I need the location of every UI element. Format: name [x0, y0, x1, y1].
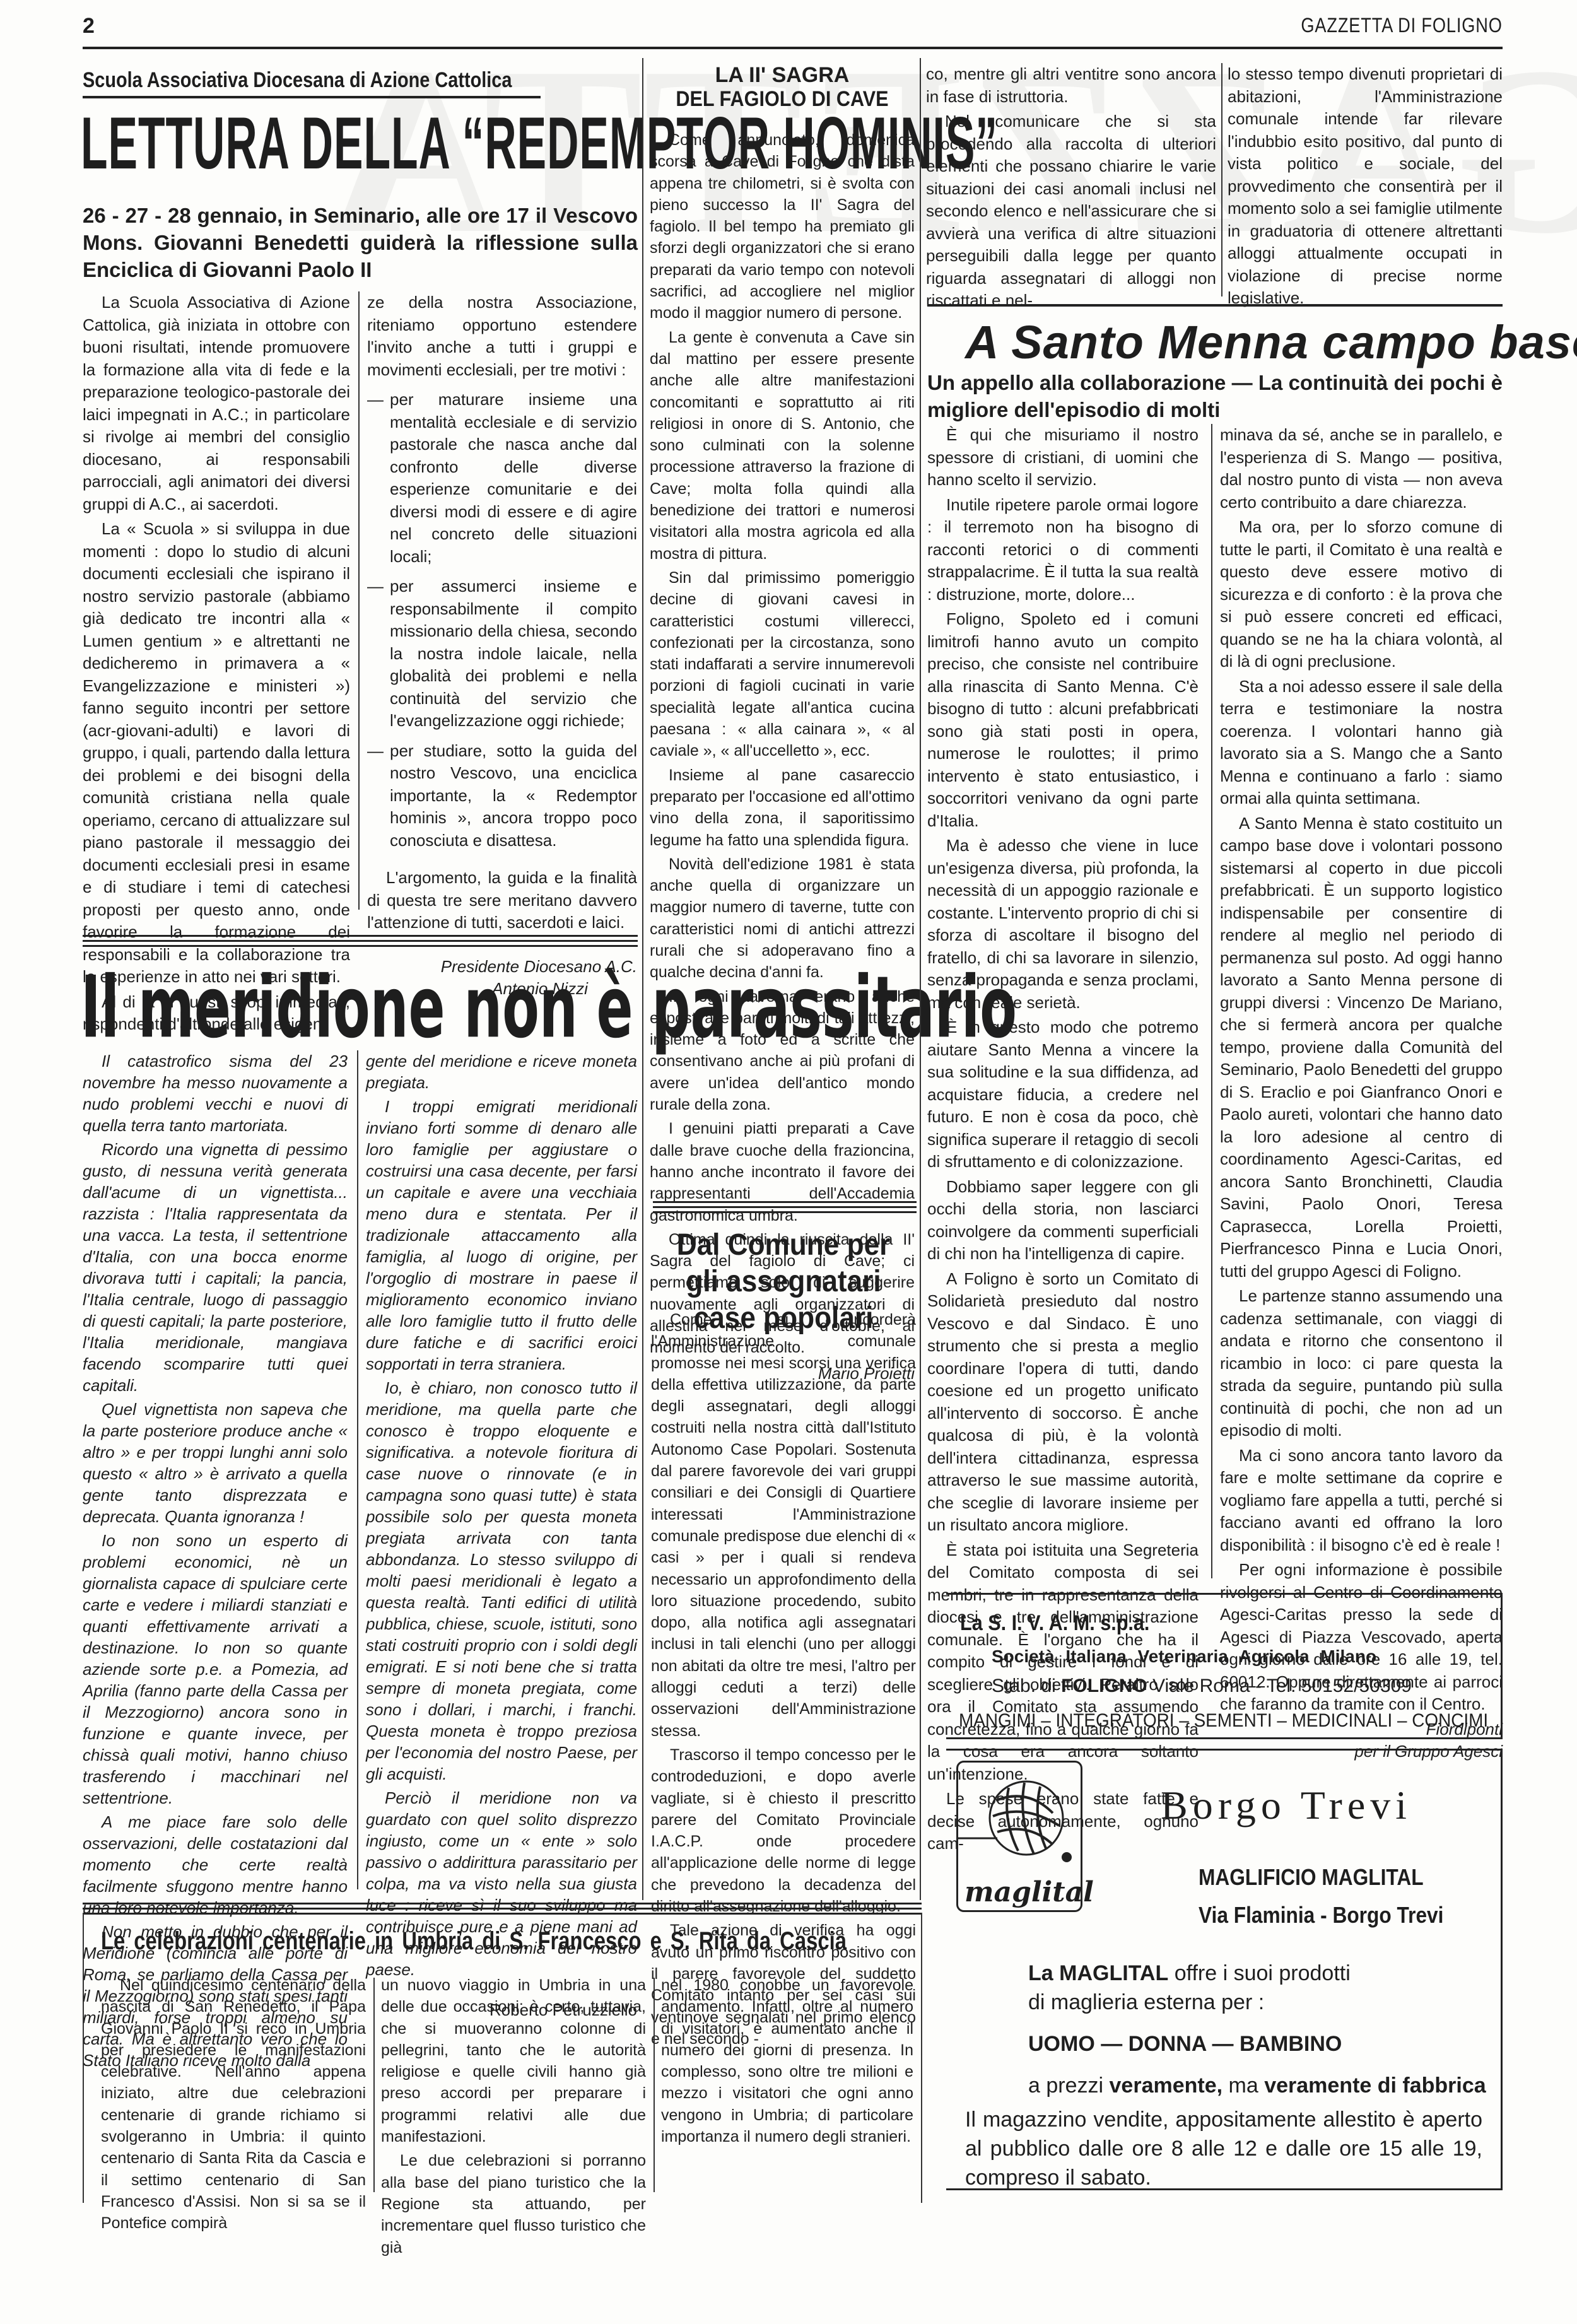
column-divider	[358, 291, 360, 910]
column-divider	[357, 1050, 358, 1889]
continued-column-a: co, mentre gli altri ventitre sono ancor…	[926, 63, 1216, 315]
kicker: Scuola Associativa Diocesana di Azione C…	[83, 68, 512, 93]
maglital-logo: maglital	[956, 1761, 1082, 1912]
paragraph: Quel vignettista non sapeva che la parte…	[83, 1399, 348, 1527]
full-name: Società Italiana Veterinaria Agricola Mi…	[992, 1646, 1376, 1667]
section-rule	[83, 945, 638, 947]
paragraph: Dobbiamo saper leggere con gli occhi del…	[927, 1176, 1199, 1265]
section-rule	[653, 1206, 917, 1208]
paragraph: co, mentre gli altri ventitre sono ancor…	[926, 63, 1216, 108]
paragraph: Io, è chiaro, non conosco tutto il merid…	[366, 1377, 637, 1785]
paragraph: Nel quindicesimo centenario della nascit…	[101, 1975, 366, 2234]
paragraph: Nel comunicare che si sta procedendo all…	[926, 110, 1216, 312]
paragraph: Le partenze stanno assumendo una cadenza…	[1220, 1285, 1503, 1442]
section-rule	[83, 1908, 922, 1910]
paragraph: Inutile ripetere parole ormai logore : i…	[927, 494, 1199, 606]
paragraph: La « Scuola » si sviluppa in due momenti…	[83, 518, 350, 989]
section-rule	[83, 935, 638, 937]
section-rule	[653, 1211, 917, 1213]
address: Via Flaminia - Borgo Trevi	[1199, 1902, 1443, 1928]
paragraph: Le due celebrazioni si porranno alla bas…	[381, 2150, 646, 2258]
paragraph: Foligno, Spoleto ed i comuni limitrofi h…	[927, 608, 1199, 832]
price-line: a prezzi veramente, ma veramente di fabb…	[1028, 2071, 1486, 2100]
paragraph: La Scuola Associativa di Azione Cattolic…	[83, 291, 350, 515]
box-right-edge	[921, 1913, 922, 2203]
paragraph: Sin dal primissimo pomeriggio decine di …	[650, 567, 915, 762]
column-1: La Scuola Associativa di Azione Cattolic…	[83, 291, 350, 1038]
column-1: Il catastrofico sisma del 23 novembre ha…	[83, 1050, 348, 2074]
column-1: Nel quindicesimo centenario della nascit…	[101, 1975, 366, 2237]
column-divider	[373, 1978, 375, 2192]
paragraph: ze della nostra Associazione, riteniamo …	[367, 291, 637, 381]
paragraph: Ricordo una vignetta di pessimo gusto, d…	[83, 1139, 348, 1396]
motive-item: —per assumerci insieme e responsabilment…	[367, 575, 637, 732]
column-2: un nuovo viaggio in Umbria in una delle …	[381, 1975, 646, 2261]
kicker-rule	[83, 96, 541, 98]
paragraph: Trascorso il tempo concesso per le contr…	[651, 1744, 916, 1917]
paragraph: Novità dell'edizione 1981 è stata anche …	[650, 854, 915, 983]
store-hours: Il magazzino vendite, appositamente alle…	[965, 2105, 1482, 2192]
column-2: gente del meridione e riceve moneta preg…	[366, 1050, 637, 2021]
company: La S. I. V. A. M. s.p.a.	[960, 1611, 1149, 1636]
paragraph: Il catastrofico sisma del 23 novembre ha…	[83, 1050, 348, 1136]
paragraph: Ma ci sono ancora tanto lavoro da fare e…	[1220, 1445, 1503, 1557]
paragraph: L'argomento, la guida e la finalità di q…	[367, 867, 637, 934]
headline: Le celebrazioni centenarie in Umbria di …	[101, 1927, 847, 1956]
headline: A Santo Menna campo base	[965, 315, 1577, 369]
paragraph: Ma è adesso che viene in luce un'esigenz…	[927, 835, 1199, 1014]
paragraph: I genuini piatti preparati a Cave dalle …	[650, 1118, 915, 1226]
column-divider	[1211, 424, 1212, 1578]
paragraph: Come annunciato, domenica scorsa a Cave …	[650, 129, 915, 324]
paragraph: minava da sé, anche se in parallelo, e l…	[1220, 424, 1503, 514]
column-divider	[642, 58, 643, 1900]
products: MANGIMI – INTEGRATORI – SEMENTI – MEDICI…	[959, 1710, 1488, 1732]
paragraph: A Santo Menna è stato costituito un camp…	[1220, 813, 1503, 1283]
headline-line-2: DEL FAGIOLO DI CAVE	[663, 87, 901, 112]
paragraph: È in questo modo che potremo aiutare San…	[927, 1016, 1199, 1173]
header-rule	[83, 47, 1503, 49]
column-3: nel 1980 conobbe un favorevole andamento…	[661, 1975, 913, 2150]
section-rule	[83, 940, 638, 942]
ad-maglital: maglital Borgo Trevi MAGLIFICIO MAGLITAL…	[946, 1749, 1503, 2190]
headline-line-1: LA II' SAGRA	[650, 63, 915, 88]
address: Stab. di FOLIGNO Viale Roma - Tel. 50152…	[992, 1676, 1412, 1697]
targets: UOMO — DONNA — BAMBINO	[1028, 2029, 1486, 2058]
yarn-ball-icon	[958, 1763, 1081, 1876]
ad-sivam: La S. I. V. A. M. s.p.a. Società Italian…	[946, 1593, 1503, 1739]
section-rule	[83, 1913, 922, 1915]
paragraph: un nuovo viaggio in Umbria in una delle …	[381, 1975, 646, 2147]
motive-item: —per maturare insieme una mentalità eccl…	[367, 389, 637, 568]
column-divider	[920, 58, 921, 1900]
offer-line-1: La MAGLITAL offre i suoi prodotti	[1028, 1959, 1486, 1988]
paragraph: gente del meridione e riceve moneta preg…	[366, 1050, 637, 1093]
logo-text: maglital	[964, 1876, 1094, 1908]
subhead: Un appello alla collaborazione — La cont…	[927, 369, 1503, 423]
box-left-edge	[83, 1913, 84, 2203]
offer-line-2: di maglieria esterna per :	[1028, 1988, 1486, 2017]
column-2: minava da sé, anche se in parallelo, e l…	[1220, 424, 1503, 1763]
paragraph: Ma ora, per lo sforzo comune di tutte le…	[1220, 516, 1503, 673]
paragraph: lo stesso tempo divenuti proprietari di …	[1228, 63, 1503, 310]
section-rule	[653, 1201, 917, 1203]
paragraph: nel 1980 conobbe un favorevole andamento…	[661, 1975, 913, 2147]
paragraph: A Foligno è sorto un Comitato di Solidar…	[927, 1268, 1199, 1537]
column-divider	[1221, 63, 1222, 296]
section-rule	[927, 304, 1503, 307]
section-rule	[83, 1903, 922, 1904]
paragraph: È qui che misuriamo il nostro spessore d…	[927, 424, 1199, 491]
place-name: Borgo Trevi	[1161, 1782, 1412, 1829]
continued-column-b: lo stesso tempo divenuti proprietari di …	[1228, 63, 1503, 312]
paragraph: In ogni taverna erano anche esposti alle…	[650, 986, 915, 1116]
paragraph: Insieme al pane casareccio preparato per…	[650, 765, 915, 851]
company: MAGLIFICIO MAGLITAL	[1199, 1864, 1424, 1891]
masthead: GAZZETTA DI FOLIGNO	[1301, 14, 1503, 37]
paragraph: Sta a noi adesso essere il sale della te…	[1220, 676, 1503, 810]
paragraph: Io non sono un esperto di problemi econo…	[83, 1530, 348, 1809]
paragraph: La gente è convenuta a Cave sin dal matt…	[650, 327, 915, 565]
offer: La MAGLITAL offre i suoi prodotti di mag…	[1028, 1959, 1486, 2100]
paragraph: Come si ricorderà l'Amministrazione comu…	[651, 1309, 916, 1742]
body: Come annunciato, domenica scorsa a Cave …	[650, 129, 915, 1385]
subhead: 26 - 27 - 28 gennaio, in Seminario, alle…	[83, 202, 638, 283]
column-divider	[654, 1978, 655, 2192]
paragraph: I troppi emigrati meridionali inviano fo…	[366, 1096, 637, 1375]
page-number: 2	[83, 14, 95, 38]
motive-item: —per studiare, sotto la guida del nostro…	[367, 740, 637, 852]
column-2: ze della nostra Associazione, riteniamo …	[367, 291, 637, 1000]
